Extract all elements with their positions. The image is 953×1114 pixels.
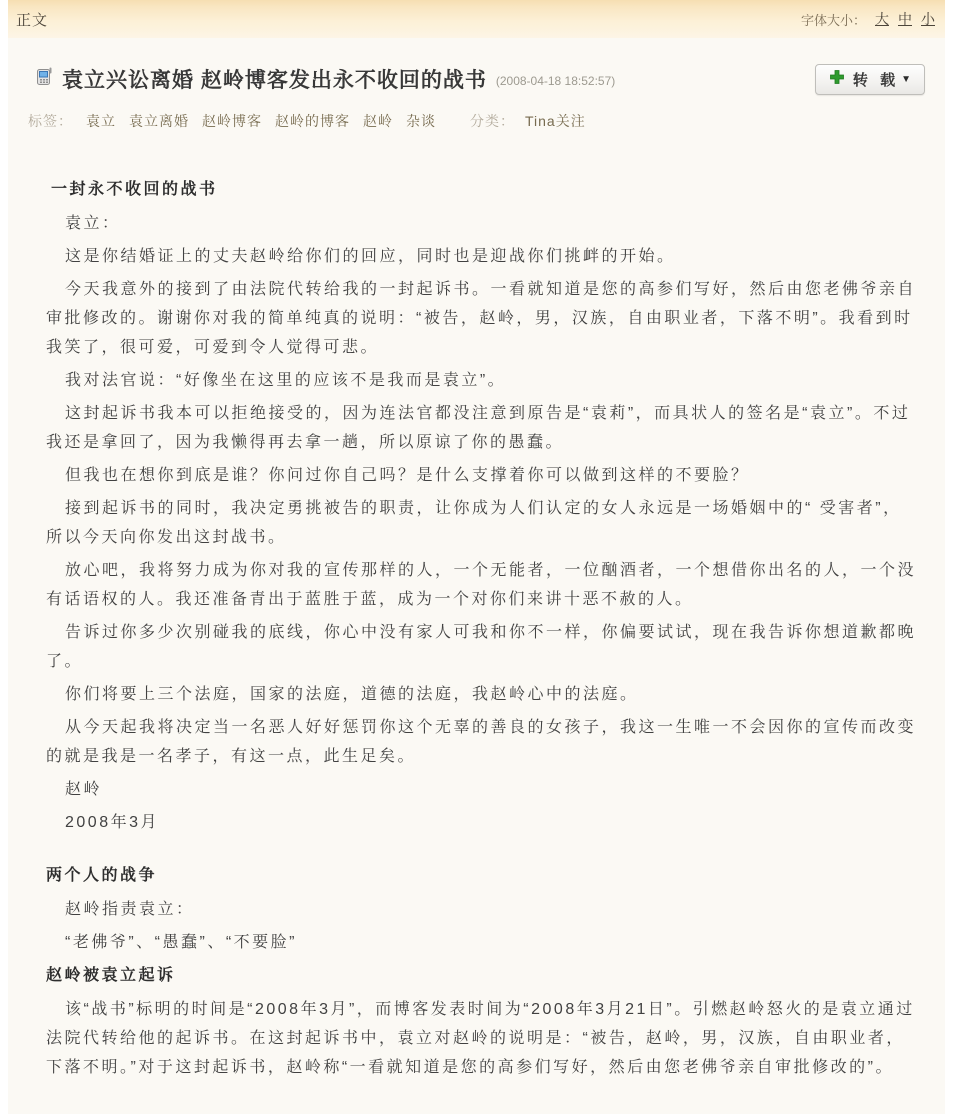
paragraph: “老佛爷”、“愚蠢”、“不要脸” (46, 928, 919, 957)
tag-link[interactable]: 杂谈 (406, 111, 436, 131)
paragraph: 这封起诉书我本可以拒绝接受的，因为连法官都没注意到原告是“袁莉”，而具状人的签名… (46, 399, 919, 457)
paragraph: 你们将要上三个法庭，国家的法庭，道德的法庭，我赵岭心中的法庭。 (46, 680, 919, 709)
paragraph: 从今天起我将决定当一名恶人好好惩罚你这个无辜的善良的女孩子，我这一生唯一不会因你… (46, 713, 919, 771)
paragraph: 赵岭 (46, 775, 919, 804)
tag-link[interactable]: 赵岭博客 (202, 111, 262, 131)
font-size-small-link[interactable]: 小 (921, 9, 935, 29)
post-body: 一封永不收回的战书袁立：这是你结婚证上的丈夫赵岭给你们的回应，同时也是迎战你们挑… (8, 131, 945, 1082)
paragraph: 接到起诉书的同时，我决定勇挑被告的职责，让你成为人们认定的女人永远是一场婚姻中的… (46, 494, 919, 552)
font-size-label: 字体大小： (801, 10, 866, 29)
topbar: 正文 字体大小： 大 中 小 (8, 0, 945, 38)
section-heading: 赵岭被袁立起诉 (46, 961, 919, 990)
paragraph: 2008年3月 (46, 808, 919, 837)
font-size-control: 字体大小： 大 中 小 (801, 9, 935, 29)
tag-link[interactable]: 赵岭的博客 (275, 111, 350, 131)
font-size-medium-link[interactable]: 中 (898, 9, 912, 29)
post-timestamp: (2008-04-18 18:52:57) (496, 74, 615, 88)
tag-link[interactable]: 赵岭 (363, 111, 393, 131)
category-label: 分类： (470, 111, 515, 131)
paragraph: 但我也在想你到底是谁？你问过你自己吗？是什么支撑着你可以做到这样的不要脸？ (46, 461, 919, 490)
mobile-phone-icon (36, 67, 53, 91)
paragraph: 我对法官说：“好像坐在这里的应该不是我而是袁立”。 (46, 366, 919, 395)
paragraph: 袁立： (46, 209, 919, 238)
post-title: 袁立兴讼离婚 赵岭博客发出永不收回的战书 (62, 64, 487, 94)
plus-icon (829, 69, 845, 90)
title-row: 袁立兴讼离婚 赵岭博客发出永不收回的战书 (2008-04-18 18:52:5… (28, 60, 925, 98)
paragraph: 该“战书”标明的时间是“2008年3月”，而博客发表时间为“2008年3月21日… (46, 995, 919, 1082)
paragraph: 告诉过你多少次别碰我的底线，你心中没有家人可我和你不一样，你偏要试试，现在我告诉… (46, 618, 919, 676)
paragraph: 今天我意外的接到了由法院代转给我的一封起诉书。一看就知道是您的高参们写好，然后由… (46, 275, 919, 362)
repost-button-label: 转 载 (853, 69, 899, 90)
repost-button[interactable]: 转 载 ▼ (815, 64, 925, 95)
page-section-label: 正文 (16, 9, 48, 30)
tag-link[interactable]: 袁立 (86, 111, 116, 131)
caret-down-icon: ▼ (901, 74, 911, 85)
blog-page: 正文 字体大小： 大 中 小 (8, 0, 945, 1114)
tags-list: 袁立袁立离婚赵岭博客赵岭的博客赵岭杂谈 (73, 111, 436, 131)
meta-row: 标签： 袁立袁立离婚赵岭博客赵岭的博客赵岭杂谈 分类： Tina关注 (28, 111, 925, 131)
spacer (46, 841, 919, 857)
font-size-large-link[interactable]: 大 (875, 9, 889, 29)
paragraph: 这是你结婚证上的丈夫赵岭给你们的回应，同时也是迎战你们挑衅的开始。 (46, 242, 919, 271)
paragraph: 赵岭指责袁立： (46, 895, 919, 924)
post-header: 袁立兴讼离婚 赵岭博客发出永不收回的战书 (2008-04-18 18:52:5… (8, 38, 945, 131)
category-link[interactable]: Tina关注 (525, 111, 586, 131)
paragraph: 放心吧，我将努力成为你对我的宣传那样的人，一个无能者，一位酗酒者，一个想借你出名… (46, 556, 919, 614)
tag-link[interactable]: 袁立离婚 (129, 111, 189, 131)
tags-label: 标签： (28, 111, 73, 131)
section-heading: 两个人的战争 (46, 861, 919, 890)
section-heading: 一封永不收回的战书 (51, 175, 919, 204)
